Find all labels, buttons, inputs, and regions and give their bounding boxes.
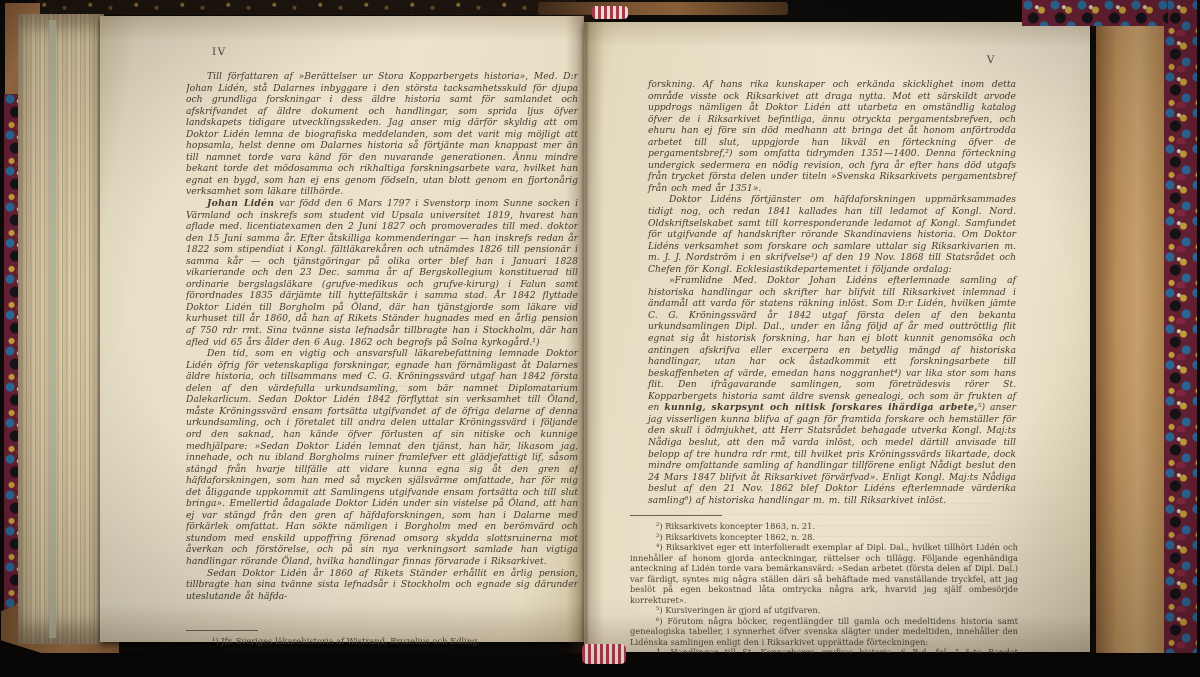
paragraph: Sedan Doktor Lidén år 1860 af Rikets Stä… <box>186 568 578 603</box>
right-cover-inner-board <box>1096 12 1166 660</box>
paragraph: Doktor Lidéns förtjänster om häfdaforskn… <box>648 194 1016 275</box>
footnote-rule <box>186 630 258 631</box>
green-tinted-sheet-edge <box>49 20 56 638</box>
footnote: ¹) Jfr. Sveriges läkarehistoria af Wistr… <box>186 636 578 647</box>
right-cover-marbled-paper <box>1164 0 1197 677</box>
paragraph-segment: Doktor Lidéns förtjänster om häfdaforskn… <box>648 194 1016 274</box>
paragraph-segment: var född den 6 Mars 1797 i Svenstorp ino… <box>186 198 578 348</box>
book-top-edge <box>36 0 576 15</box>
paragraph-segment: »Framlidne Med. Doktor Johan Lidéns efte… <box>648 275 1016 413</box>
left-footnote-block: ¹) Jfr. Sveriges läkarehistoria af Wistr… <box>186 630 578 647</box>
left-page-text-column: IV Till författaren af »Berättelser ur S… <box>186 46 578 646</box>
paragraph: Johan Lidén var född den 6 Mars 1797 i S… <box>186 198 578 348</box>
paragraph: forskning. Af hans rika kunskaper och er… <box>648 79 1016 194</box>
right-cover-marbled-corner <box>1022 0 1168 26</box>
spine-endband-bottom <box>582 644 626 664</box>
paragraph: Den tid, som en vigtig och ansvarsfull l… <box>186 348 578 567</box>
paragraph: »Framlidne Med. Doktor Johan Lidéns efte… <box>648 275 1016 506</box>
right-page-text-column: V forskning. Af hans rika kunskaper och … <box>648 54 1016 668</box>
right-footnote-block: ²) Riksarkivets koncepter 1863, n. 21. ³… <box>630 515 1018 668</box>
paragraph-bold-segment: kunnig, skarpsynt och nitisk forskares i… <box>664 402 977 413</box>
footnote: ⁵) Kursiveringen är gjord af utgifvaren. <box>630 605 1018 616</box>
spine-endband-top <box>592 6 628 19</box>
paragraph: Till författaren af »Berättelser ur Stor… <box>186 71 578 198</box>
page-number-right: V <box>648 54 996 66</box>
paragraph-segment: forskning. Af hans rika kunskaper och er… <box>648 79 1016 194</box>
paragraph-segment: ⁵) anser jag visserligen kunna blifva af… <box>648 402 1016 505</box>
spine-head-leather <box>538 2 788 15</box>
paragraph-bold-segment: Johan Lidén <box>207 198 274 209</box>
footnote: ³) Riksarkivets koncepter 1862, n. 28. <box>630 532 1018 543</box>
page-number-left: IV <box>212 46 578 58</box>
left-page: IV Till författaren af »Berättelser ur S… <box>100 16 584 642</box>
footnote: ²) Riksarkivets koncepter 1863, n. 21. <box>630 521 1018 532</box>
footnote: ⁶) Förutom några böcker, regentlängder t… <box>630 616 1018 648</box>
page-stack-fore-edge <box>18 14 104 644</box>
book-photograph: IV Till författaren af »Berättelser ur S… <box>0 0 1200 677</box>
right-page: V forskning. Af hans rika kunskaper och … <box>584 22 1090 652</box>
paragraph-segment: Till författaren af »Berättelser ur Stor… <box>186 71 578 197</box>
paragraph-segment: Sedan Doktor Lidén år 1860 af Rikets Stä… <box>186 568 578 602</box>
paragraph-segment: Den tid, som en vigtig och ansvarsfull l… <box>186 348 578 567</box>
footnote-rule <box>630 515 722 516</box>
footnote: ⁴) Riksarkivet eger ett interfolieradt e… <box>630 542 1018 605</box>
